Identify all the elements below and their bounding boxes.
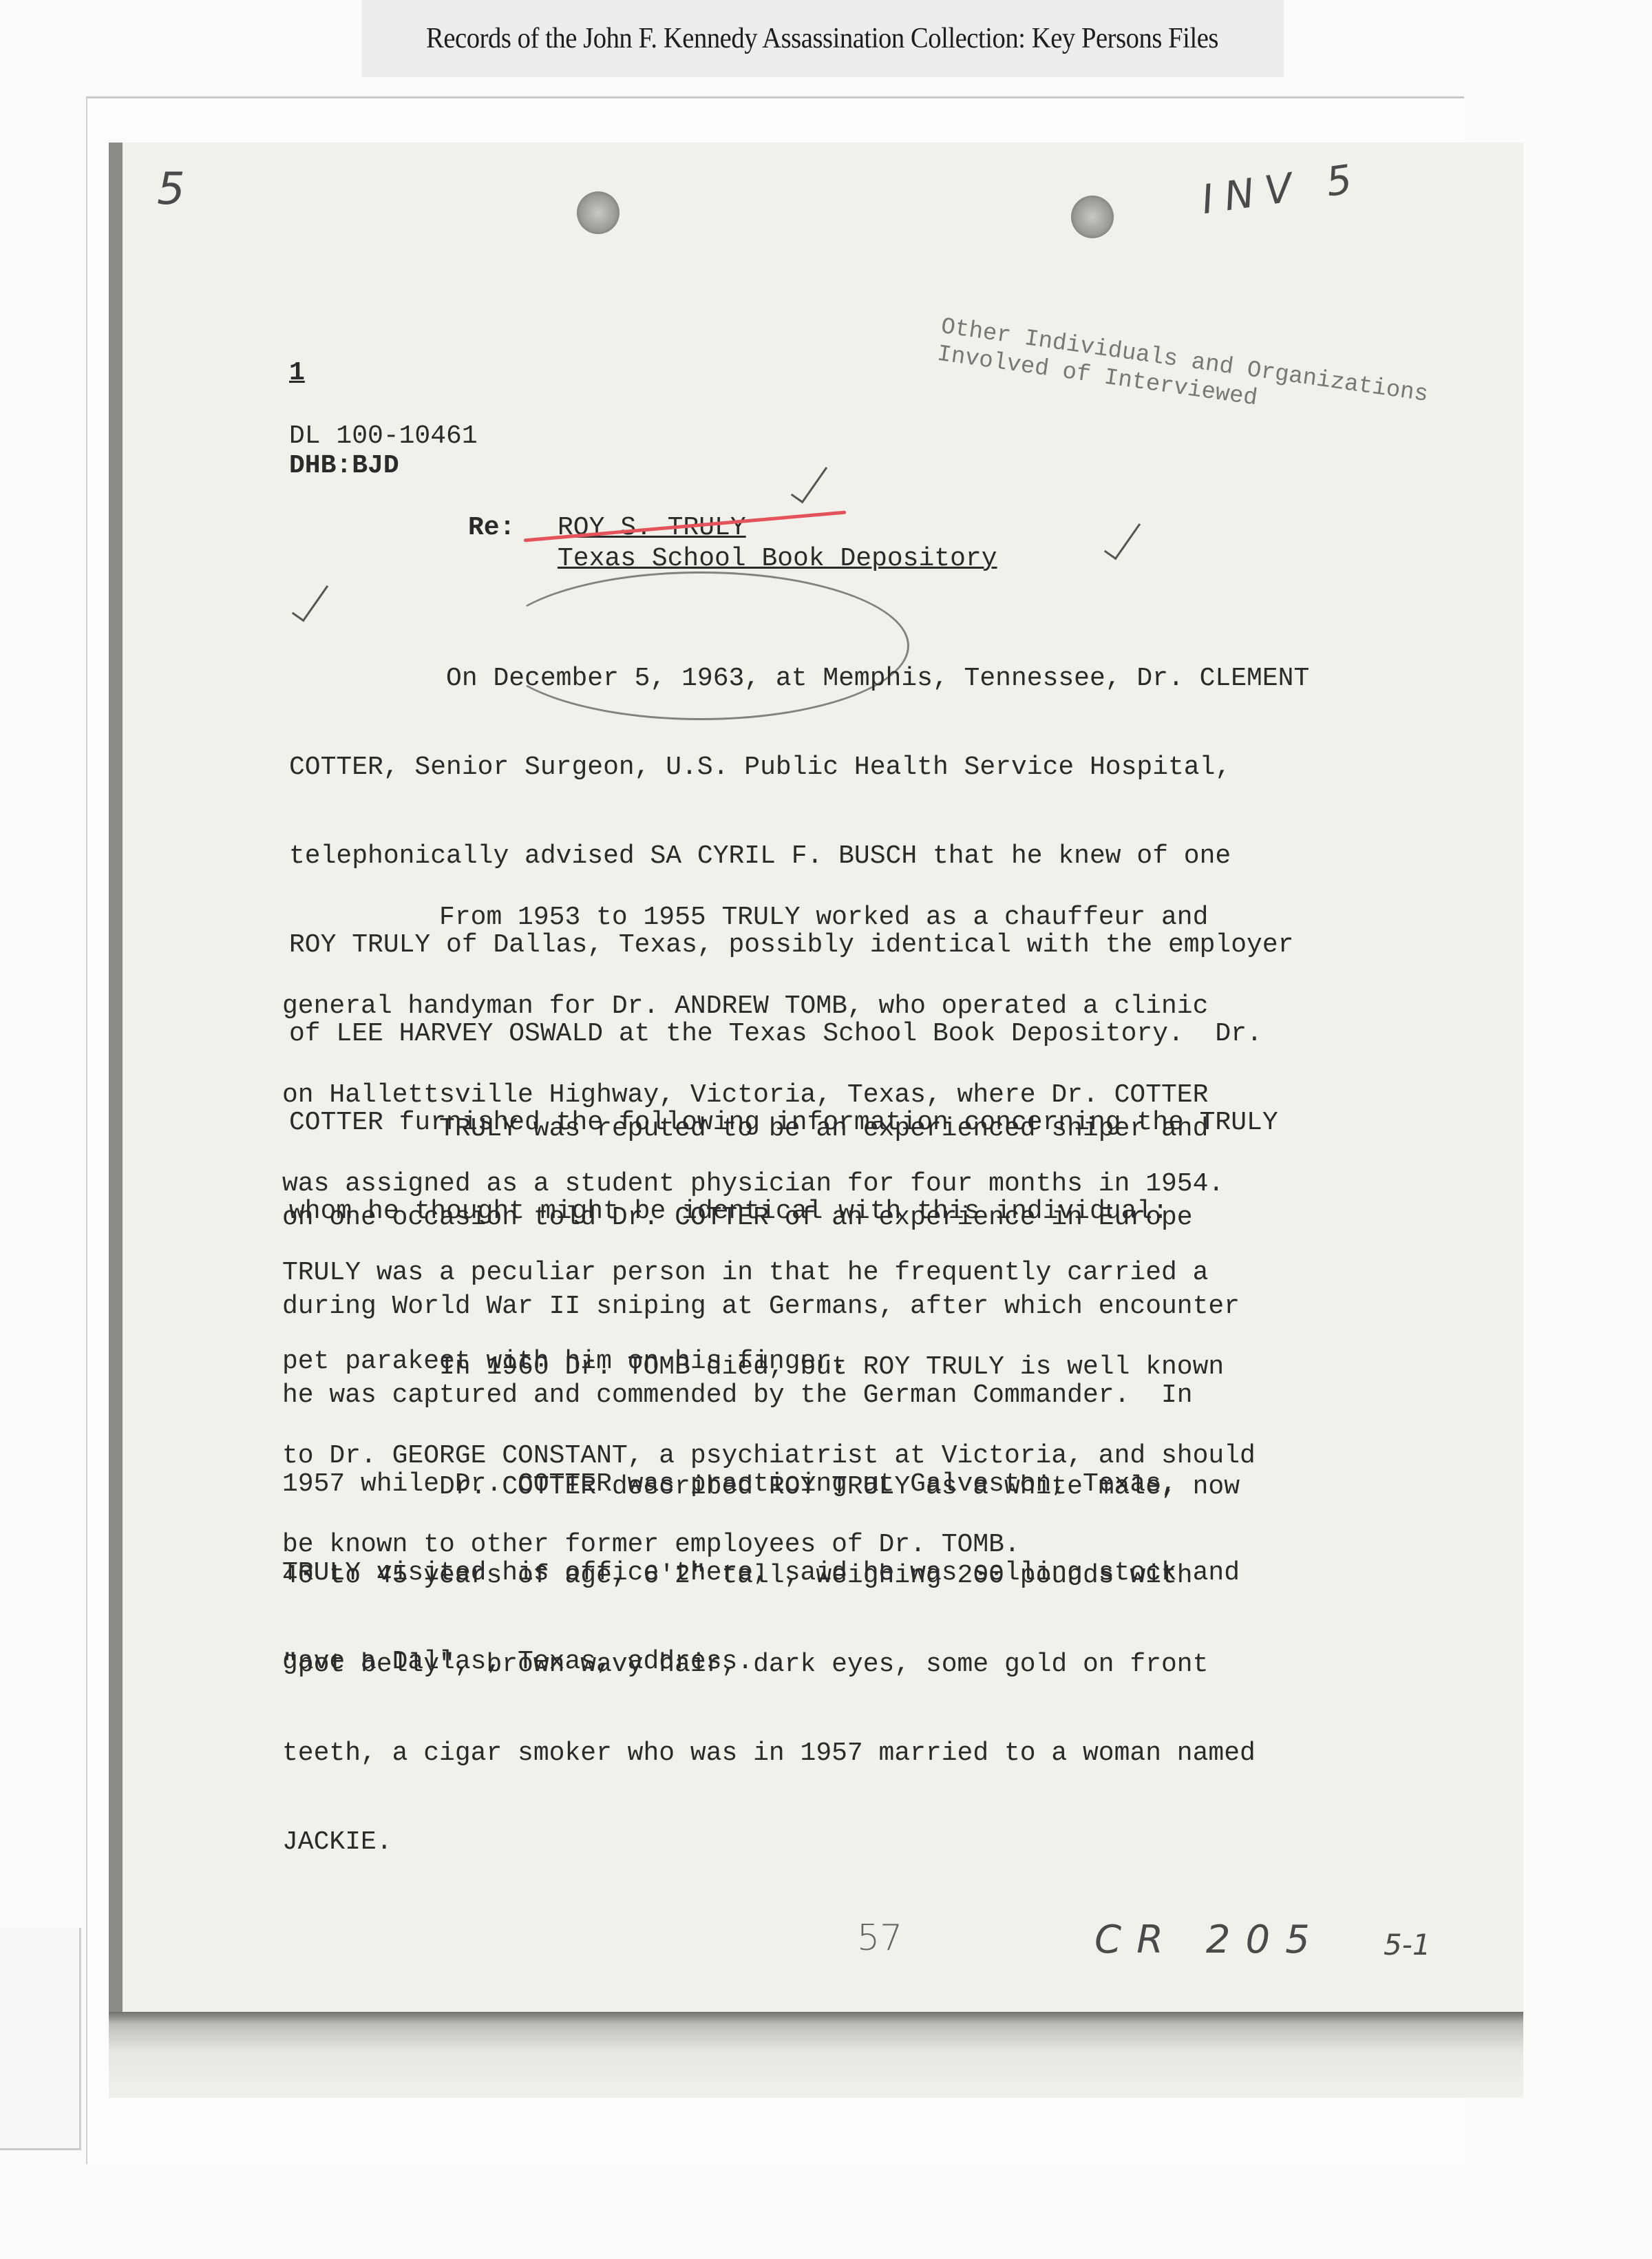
handwritten-5: 5: [157, 164, 185, 215]
paragraph-5: Dr. COTTER described ROY TRULY as a whit…: [282, 1413, 1256, 1916]
backing-strip: [0, 1928, 81, 2150]
typist-initials: DHB:BJD: [289, 451, 399, 481]
para-line: On December 5, 1963, at Memphis, Tenness…: [289, 664, 1309, 693]
para-line: general handyman for Dr. ANDREW TOMB, wh…: [282, 991, 1224, 1021]
punch-hole-left: [577, 191, 619, 234]
para-line: TRULY was reputed to be an experienced s…: [282, 1114, 1240, 1144]
para-line: From 1953 to 1955 TRULY worked as a chau…: [282, 903, 1224, 932]
para-line: 40 to 45 years of age, 6'2" tall, weighi…: [282, 1561, 1256, 1590]
punch-hole-right: [1071, 196, 1114, 238]
stamped-page-number: 57: [857, 1917, 902, 1959]
para-line: Dr. COTTER described ROY TRULY as a whit…: [282, 1472, 1256, 1502]
file-number: DL 100-10461: [289, 421, 478, 451]
collection-header: Records of the John F. Kennedy Assassina…: [361, 0, 1284, 77]
page-shadow: [109, 2012, 1523, 2098]
page-number: 1: [289, 358, 305, 388]
re-subject-org: Texas School Book Depository: [558, 544, 997, 574]
para-line: "pot belly", brown wavy hair, dark eyes,…: [282, 1650, 1256, 1679]
handwritten-cr-number: CR 205: [1094, 1917, 1325, 1962]
para-line: on one occasion told Dr. COTTER of an ex…: [282, 1203, 1240, 1232]
collection-title: Records of the John F. Kennedy Assassina…: [427, 22, 1219, 55]
para-line: JACKIE.: [282, 1827, 1256, 1857]
para-line: COTTER, Senior Surgeon, U.S. Public Heal…: [289, 753, 1309, 782]
para-line: In 1960 Dr. TOMB died, but ROY TRULY is …: [282, 1352, 1256, 1382]
handwritten-serial: 5-1: [1384, 1928, 1431, 1962]
re-label: Re:: [468, 513, 515, 543]
para-line: teeth, a cigar smoker who was in 1957 ma…: [282, 1738, 1256, 1768]
